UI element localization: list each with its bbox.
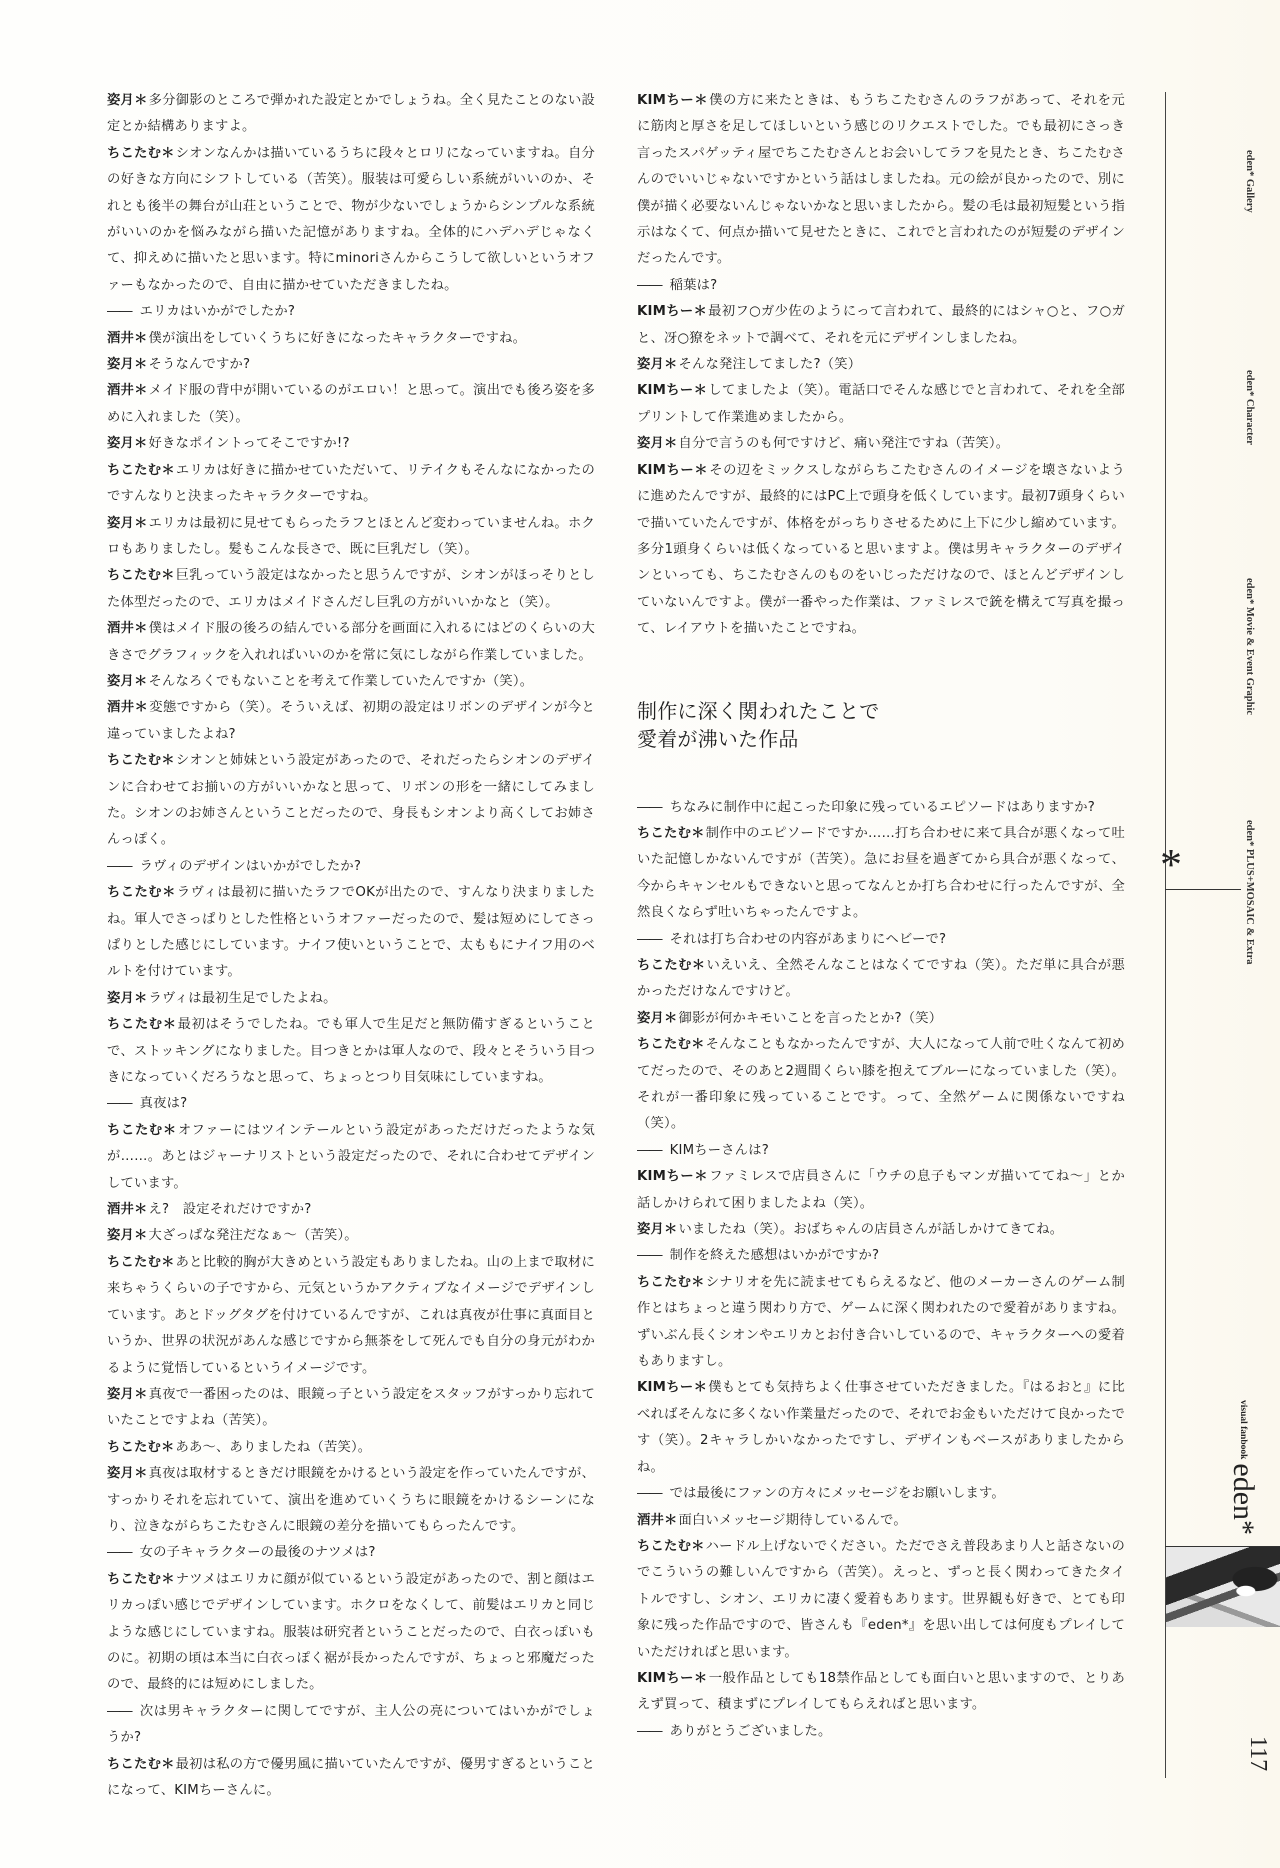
dialogue-text: 面白いメッセージ期待しているんで。 bbox=[679, 1513, 907, 1528]
interviewer-question: ――稲葉は? bbox=[637, 273, 1125, 299]
speaker-separator: ＊ bbox=[694, 1671, 708, 1686]
speaker-name: KIMちー bbox=[637, 304, 694, 319]
dialogue-text: いましたね（笑）。おばちゃんの店員さんが話しかけてきてね。 bbox=[679, 1222, 1064, 1237]
question-text: エリカはいかがでしたか? bbox=[140, 304, 296, 319]
section-heading-line1: 制作に深く関われたことで bbox=[637, 697, 1125, 725]
speaker-name: ちこたむ bbox=[107, 753, 161, 768]
dialogue-line: 姿月＊いましたね（笑）。おばちゃんの店員さんが話しかけてきてね。 bbox=[637, 1217, 1125, 1243]
speaker-separator: ＊ bbox=[664, 1011, 678, 1026]
side-index-item: eden* Character bbox=[1244, 370, 1255, 445]
speaker-name: ちこたむ bbox=[637, 1275, 691, 1290]
speaker-name: ちこたむ bbox=[107, 1017, 163, 1032]
dialogue-text: 僕もとても気持ちよく仕事させていただきました。『はるおと』に比べればそんなに多く… bbox=[637, 1380, 1125, 1474]
dialogue-text: そんな発注してました?（笑） bbox=[679, 357, 862, 372]
interviewer-question: ――次は男キャラクターに関してですが、主人公の亮についてはいかがでしょうか? bbox=[107, 1699, 595, 1752]
speaker-separator: ＊ bbox=[664, 436, 678, 451]
dialogue-line: 酒井＊メイド服の背中が開いているのがエロい！と思って。演出でも後ろ姿を多めに入れ… bbox=[107, 378, 595, 431]
speaker-separator: ＊ bbox=[161, 568, 175, 583]
speaker-separator: ＊ bbox=[162, 885, 176, 900]
interviewer-question: ――それは打ち合わせの内容があまりにヘビーで? bbox=[637, 927, 1125, 953]
speaker-name: ちこたむ bbox=[107, 1572, 161, 1587]
speaker-name: ちこたむ bbox=[637, 1037, 691, 1052]
interviewer-question: ――ちなみに制作中に起こった印象に残っているエピソードはありますか? bbox=[637, 795, 1125, 821]
speaker-separator: ＊ bbox=[664, 357, 678, 372]
speaker-name: 姿月 bbox=[107, 1228, 134, 1243]
dialogue-line: ちこたむ＊いえいえ、全然そんなことはなくてですね（笑）。ただ単に具合が悪かっただ… bbox=[637, 953, 1125, 1006]
dialogue-line: 姿月＊そうなんですか? bbox=[107, 352, 595, 378]
dialogue-text: そうなんですか? bbox=[149, 357, 251, 372]
dialogue-text: 一般作品としても18禁作品としても面白いと思いますので、とりあえず買って、積まず… bbox=[637, 1671, 1125, 1712]
dialogue-text: そんなろくでもないことを考えて作業していたんですか（笑）。 bbox=[149, 674, 534, 689]
speaker-separator: ＊ bbox=[694, 463, 708, 478]
question-text: では最後にファンの方々にメッセージをお願いします。 bbox=[670, 1486, 1005, 1501]
dialogue-text: いえいえ、全然そんなことはなくてですね（笑）。ただ単に具合が悪かっただけなんです… bbox=[637, 958, 1125, 999]
speaker-name: 酒井 bbox=[107, 331, 134, 346]
logo-subtitle: visual fanbook bbox=[1238, 1400, 1248, 1459]
dialogue-text: 多分御影のところで弾かれた設定とかでしょうね。全く見たことのない設定とか結構あり… bbox=[107, 93, 595, 134]
dialogue-line: 酒井＊面白いメッセージ期待しているんで。 bbox=[637, 1508, 1125, 1534]
speaker-separator: ＊ bbox=[161, 1572, 175, 1587]
question-dash: ―― bbox=[637, 1143, 662, 1158]
dialogue-text: ラヴィは最初に描いたラフでOKが出たので、すんなり決まりましたね。軍人でさっぱり… bbox=[107, 885, 595, 979]
dialogue-line: KIMちー＊一般作品としても18禁作品としても面白いと思いますので、とりあえず買… bbox=[637, 1666, 1125, 1719]
dialogue-text: 大ざっぱな発注だなぁ～（苦笑）。 bbox=[149, 1228, 358, 1243]
speaker-separator: ＊ bbox=[691, 1037, 705, 1052]
dialogue-line: 酒井＊僕はメイド服の後ろの結んでいる部分を画面に入れるにはどのくらいの大きさでグ… bbox=[107, 616, 595, 669]
dialogue-line: KIMちー＊僕もとても気持ちよく仕事させていただきました。『はるおと』に比べれば… bbox=[637, 1375, 1125, 1481]
speaker-separator: ＊ bbox=[134, 1466, 148, 1481]
asterisk-icon: * bbox=[1160, 843, 1182, 887]
dialogue-text: 最初は私の方で優男風に描いていたんですが、優男すぎるということになって、KIMち… bbox=[107, 1757, 595, 1798]
speaker-separator: ＊ bbox=[664, 1513, 678, 1528]
right-column: KIMちー＊僕の方に来たときは、もうちこたむさんのラフがあって、それを元に筋肉と… bbox=[637, 88, 1125, 1745]
dialogue-line: 姿月＊ラヴィは最初生足でしたよね。 bbox=[107, 986, 595, 1012]
question-text: 女の子キャラクターの最後のナツメは? bbox=[140, 1545, 376, 1560]
magazine-page: 姿月＊多分御影のところで弾かれた設定とかでしょうね。全く見たことのない設定とか結… bbox=[0, 0, 1280, 1868]
dialogue-line: ちこたむ＊オファーにはツインテールという設定があっただけだったような気が……。あ… bbox=[107, 1118, 595, 1197]
speaker-separator: ＊ bbox=[134, 93, 148, 108]
speaker-separator: ＊ bbox=[694, 304, 708, 319]
dialogue-line: ちこたむ＊ラヴィは最初に描いたラフでOKが出たので、すんなり決まりましたね。軍人… bbox=[107, 880, 595, 986]
speaker-separator: ＊ bbox=[134, 1228, 148, 1243]
dialogue-text: ああ～、ありましたね（苦笑）。 bbox=[176, 1440, 372, 1455]
speaker-name: 酒井 bbox=[107, 383, 134, 398]
interviewer-question: ――ラヴィのデザインはいかがでしたか? bbox=[107, 854, 595, 880]
speaker-name: ちこたむ bbox=[107, 1123, 163, 1138]
interviewer-question: ――女の子キャラクターの最後のナツメは? bbox=[107, 1540, 595, 1566]
side-index-item: eden* Movie & Event Graphic bbox=[1244, 578, 1255, 715]
speaker-separator: ＊ bbox=[691, 1275, 705, 1290]
speaker-name: 姿月 bbox=[107, 674, 134, 689]
speaker-separator: ＊ bbox=[134, 331, 148, 346]
speaker-name: 酒井 bbox=[637, 1513, 664, 1528]
speaker-name: KIMちー bbox=[637, 1671, 694, 1686]
right-column-part1: KIMちー＊僕の方に来たときは、もうちこたむさんのラフがあって、それを元に筋肉と… bbox=[637, 88, 1125, 643]
dialogue-line: 姿月＊御影が何かキモいことを言ったとか?（笑） bbox=[637, 1006, 1125, 1032]
dialogue-text: 真夜で一番困ったのは、眼鏡っ子という設定をスタッフがすっかり忘れていたことですよ… bbox=[107, 1387, 595, 1428]
question-dash: ―― bbox=[637, 1724, 662, 1739]
question-text: 制作を終えた感想はいかがですか? bbox=[670, 1248, 880, 1263]
speaker-name: 姿月 bbox=[107, 93, 134, 108]
speaker-separator: ＊ bbox=[694, 383, 708, 398]
right-column-part2: ――ちなみに制作中に起こった印象に残っているエピソードはありますか?ちこたむ＊制… bbox=[637, 795, 1125, 1746]
dialogue-text: その辺をミックスしながらちこたむさんのイメージを壊さないように進めたんですが、最… bbox=[637, 463, 1125, 636]
question-dash: ―― bbox=[637, 1248, 662, 1263]
speaker-separator: ＊ bbox=[134, 383, 148, 398]
dialogue-line: ちこたむ＊エリカは好きに描かせていただいて、リテイクもそんなになかったのですんな… bbox=[107, 458, 595, 511]
speaker-name: ちこたむ bbox=[107, 463, 161, 478]
speaker-name: 姿月 bbox=[107, 516, 134, 531]
speaker-name: 姿月 bbox=[107, 1387, 134, 1402]
dialogue-text: 巨乳っていう設定はなかったと思うんですが、シオンがほっそりとした体型だったので、… bbox=[107, 568, 595, 609]
dialogue-line: ちこたむ＊あと比較的胸が大きめという設定もありましたね。山の上まで取材に来ちゃう… bbox=[107, 1250, 595, 1382]
speaker-separator: ＊ bbox=[161, 1440, 175, 1455]
speaker-name: KIMちー bbox=[637, 1169, 694, 1184]
speaker-separator: ＊ bbox=[691, 826, 705, 841]
question-dash: ―― bbox=[107, 304, 132, 319]
dialogue-text: 最初フ○ガ少佐のようにって言われて、最終的にはシャ○と、フ○ガと、冴○獠をネット… bbox=[637, 304, 1125, 345]
character-illustration-thumbnail bbox=[1166, 1547, 1280, 1627]
dialogue-line: KIMちー＊ファミレスで店員さんに「ウチの息子もマンガ描いててね～」とか話しかけ… bbox=[637, 1164, 1125, 1217]
side-index-rule bbox=[1165, 92, 1166, 1778]
dialogue-text: 変態ですから（笑）。そういえば、初期の設定はリボンのデザインが今と違っていました… bbox=[107, 700, 595, 741]
speaker-separator: ＊ bbox=[134, 436, 148, 451]
dialogue-line: ちこたむ＊シオンと姉妹という設定があったので、それだったらシオンのデザインに合わ… bbox=[107, 748, 595, 854]
speaker-separator: ＊ bbox=[694, 93, 708, 108]
speaker-separator: ＊ bbox=[161, 146, 175, 161]
section-heading-line2: 愛着が沸いた作品 bbox=[637, 725, 1125, 753]
dialogue-line: 姿月＊真夜で一番困ったのは、眼鏡っ子という設定をスタッフがすっかり忘れていたこと… bbox=[107, 1382, 595, 1435]
dialogue-text: 最初はそうでしたね。でも軍人で生足だと無防備すぎるということで、ストッキングにな… bbox=[107, 1017, 595, 1085]
dialogue-line: 姿月＊そんなろくでもないことを考えて作業していたんですか（笑）。 bbox=[107, 669, 595, 695]
speaker-name: ちこたむ bbox=[107, 1440, 161, 1455]
speaker-name: 姿月 bbox=[637, 1011, 664, 1026]
dialogue-line: 姿月＊真夜は取材するときだけ眼鏡をかけるという設定を作っていたんですが、すっかり… bbox=[107, 1461, 595, 1540]
question-dash: ―― bbox=[637, 1486, 662, 1501]
interviewer-question: ――真夜は? bbox=[107, 1091, 595, 1117]
question-text: ちなみに制作中に起こった印象に残っているエピソードはありますか? bbox=[670, 800, 1095, 815]
question-text: それは打ち合わせの内容があまりにヘビーで? bbox=[670, 932, 947, 947]
dialogue-line: ちこたむ＊シオンなんかは描いているうちに段々とロリになっていますね。自分の好きな… bbox=[107, 141, 595, 299]
dialogue-line: 姿月＊エリカは最初に見せてもらったラフとほとんど変わっていませんね。ホクロもあり… bbox=[107, 511, 595, 564]
speaker-separator: ＊ bbox=[694, 1380, 708, 1395]
dialogue-text: 真夜は取材するときだけ眼鏡をかけるという設定を作っていたんですが、すっかりそれを… bbox=[107, 1466, 595, 1534]
speaker-separator: ＊ bbox=[134, 357, 148, 372]
speaker-name: 姿月 bbox=[637, 357, 664, 372]
dialogue-text: ナツメはエリカに顔が似ているという設定があったので、割と顔はエリカっぽい感じでデ… bbox=[107, 1572, 595, 1693]
speaker-name: ちこたむ bbox=[637, 826, 691, 841]
question-dash: ―― bbox=[107, 859, 132, 874]
interviewer-question: ――KIMちーさんは? bbox=[637, 1138, 1125, 1164]
speaker-separator: ＊ bbox=[163, 1123, 177, 1138]
speaker-separator: ＊ bbox=[691, 1539, 705, 1554]
dialogue-text: ファミレスで店員さんに「ウチの息子もマンガ描いててね～」とか話しかけられて困りま… bbox=[637, 1169, 1125, 1210]
dialogue-text: オファーにはツインテールという設定があっただけだったような気が……。あとはジャー… bbox=[107, 1123, 595, 1191]
question-dash: ―― bbox=[107, 1545, 132, 1560]
speaker-separator: ＊ bbox=[134, 621, 148, 636]
dialogue-line: 姿月＊多分御影のところで弾かれた設定とかでしょうね。全く見たことのない設定とか結… bbox=[107, 88, 595, 141]
dialogue-line: ちこたむ＊シナリオを先に読ませてもらえるなど、他のメーカーさんのゲーム制作とはち… bbox=[637, 1270, 1125, 1376]
dialogue-line: ちこたむ＊ハードル上げないでください。ただでさえ普段あまり人と話さないのでこうい… bbox=[637, 1534, 1125, 1666]
speaker-name: ちこたむ bbox=[107, 146, 161, 161]
interviewer-question: ――ありがとうございました。 bbox=[637, 1719, 1125, 1745]
speaker-separator: ＊ bbox=[134, 991, 148, 1006]
speaker-separator: ＊ bbox=[161, 1757, 175, 1772]
dialogue-line: ちこたむ＊最初はそうでしたね。でも軍人で生足だと無防備すぎるということで、ストッ… bbox=[107, 1012, 595, 1091]
question-dash: ―― bbox=[637, 278, 662, 293]
question-text: 稲葉は? bbox=[670, 278, 718, 293]
speaker-separator: ＊ bbox=[134, 516, 148, 531]
dialogue-line: 姿月＊そんな発注してました?（笑） bbox=[637, 352, 1125, 378]
speaker-separator: ＊ bbox=[135, 700, 149, 715]
dialogue-text: 制作中のエピソードですか……打ち合わせに来て具合が悪くなって吐いた記憶しかないん… bbox=[637, 826, 1125, 920]
dialogue-text: ハードル上げないでください。ただでさえ普段あまり人と話さないのでこういうの難しい… bbox=[637, 1539, 1125, 1660]
speaker-name: ちこたむ bbox=[637, 958, 692, 973]
speaker-separator: ＊ bbox=[134, 1387, 148, 1402]
dialogue-line: ちこたむ＊ナツメはエリカに顔が似ているという設定があったので、割と顔はエリカっぽ… bbox=[107, 1567, 595, 1699]
interviewer-question: ――では最後にファンの方々にメッセージをお願いします。 bbox=[637, 1481, 1125, 1507]
speaker-separator: ＊ bbox=[161, 753, 175, 768]
dialogue-text: あと比較的胸が大きめという設定もありましたね。山の上まで取材に来ちゃうくらいの子… bbox=[107, 1255, 595, 1376]
speaker-name: 酒井 bbox=[107, 621, 134, 636]
speaker-name: 姿月 bbox=[107, 991, 134, 1006]
side-index-item: eden* PLUS+MOSAIC & Extra bbox=[1244, 820, 1255, 965]
dialogue-text: ラヴィは最初生足でしたよね。 bbox=[149, 991, 337, 1006]
question-dash: ―― bbox=[107, 1096, 132, 1111]
speaker-name: 姿月 bbox=[107, 357, 134, 372]
speaker-separator: ＊ bbox=[134, 674, 148, 689]
speaker-name: 酒井 bbox=[107, 1202, 134, 1217]
question-text: ラヴィのデザインはいかがでしたか? bbox=[140, 859, 361, 874]
speaker-name: 姿月 bbox=[107, 1466, 134, 1481]
speaker-separator: ＊ bbox=[161, 463, 175, 478]
book-logo: visual fanbook eden* bbox=[1228, 1400, 1258, 1535]
dialogue-line: ちこたむ＊ああ～、ありましたね（苦笑）。 bbox=[107, 1435, 595, 1461]
dialogue-text: 御影が何かキモいことを言ったとか?（笑） bbox=[679, 1011, 943, 1026]
question-text: 真夜は? bbox=[140, 1096, 188, 1111]
dialogue-line: ちこたむ＊巨乳っていう設定はなかったと思うんですが、シオンがほっそりとした体型だ… bbox=[107, 563, 595, 616]
dialogue-text: そんなこともなかったんですが、大人になって人前で吐くなんて初めてだったので、その… bbox=[637, 1037, 1125, 1131]
dialogue-text: シオンなんかは描いているうちに段々とロリになっていますね。自分の好きな方向にシフ… bbox=[107, 146, 595, 293]
dialogue-text: シナリオを先に読ませてもらえるなど、他のメーカーさんのゲーム制作とはちょっと違う… bbox=[637, 1275, 1125, 1369]
dialogue-text: エリカは好きに描かせていただいて、リテイクもそんなになかったのですんなりと決まっ… bbox=[107, 463, 595, 504]
question-dash: ―― bbox=[637, 932, 662, 947]
dialogue-text: メイド服の背中が開いているのがエロい！と思って。演出でも後ろ姿を多めに入れました… bbox=[107, 383, 595, 424]
interviewer-question: ――エリカはいかがでしたか? bbox=[107, 299, 595, 325]
section-heading: 制作に深く関われたことで 愛着が沸いた作品 bbox=[637, 697, 1125, 753]
dialogue-line: 酒井＊え? 設定それだけですか? bbox=[107, 1197, 595, 1223]
question-text: KIMちーさんは? bbox=[670, 1143, 769, 1158]
dialogue-line: 姿月＊大ざっぱな発注だなぁ～（苦笑）。 bbox=[107, 1223, 595, 1249]
question-text: 次は男キャラクターに関してですが、主人公の亮についてはいかがでしょうか? bbox=[107, 1704, 595, 1745]
speaker-separator: ＊ bbox=[161, 1255, 175, 1270]
dialogue-line: ちこたむ＊そんなこともなかったんですが、大人になって人前で吐くなんて初めてだった… bbox=[637, 1032, 1125, 1138]
dialogue-line: KIMちー＊その辺をミックスしながらちこたむさんのイメージを壊さないように進めた… bbox=[637, 458, 1125, 643]
active-section-rule bbox=[1165, 889, 1241, 890]
dialogue-line: 酒井＊変態ですから（笑）。そういえば、初期の設定はリボンのデザインが今と違ってい… bbox=[107, 695, 595, 748]
dialogue-line: ちこたむ＊制作中のエピソードですか……打ち合わせに来て具合が悪くなって吐いた記憶… bbox=[637, 821, 1125, 927]
side-index-item: eden* Gallery bbox=[1244, 150, 1255, 213]
speaker-name: KIMちー bbox=[637, 383, 694, 398]
logo-title: eden* bbox=[1227, 1463, 1260, 1535]
speaker-name: ちこたむ bbox=[107, 1255, 161, 1270]
dialogue-text: してましたよ（笑）。電話口でそんな感じでと言われて、それを全部プリントして作業進… bbox=[637, 383, 1125, 424]
dialogue-line: KIMちー＊してましたよ（笑）。電話口でそんな感じでと言われて、それを全部プリン… bbox=[637, 378, 1125, 431]
page-number: 117 bbox=[1244, 1736, 1271, 1771]
speaker-name: 姿月 bbox=[107, 436, 134, 451]
dialogue-line: 姿月＊好きなポイントってそこですか!? bbox=[107, 431, 595, 457]
dialogue-text: 好きなポイントってそこですか!? bbox=[149, 436, 350, 451]
speaker-separator: ＊ bbox=[664, 1222, 678, 1237]
dialogue-text: 僕が演出をしていくうちに好きになったキャラクターですね。 bbox=[149, 331, 527, 346]
dialogue-text: 僕の方に来たときは、もうちこたむさんのラフがあって、それを元に筋肉と厚さを足して… bbox=[637, 93, 1125, 266]
speaker-name: KIMちー bbox=[637, 1380, 694, 1395]
speaker-separator: ＊ bbox=[694, 1169, 708, 1184]
speaker-name: ちこたむ bbox=[107, 1757, 161, 1772]
speaker-name: 酒井 bbox=[107, 700, 135, 715]
speaker-name: ちこたむ bbox=[107, 885, 162, 900]
speaker-separator: ＊ bbox=[692, 958, 706, 973]
speaker-name: ちこたむ bbox=[107, 568, 161, 583]
question-dash: ―― bbox=[637, 800, 662, 815]
dialogue-text: 僕はメイド服の後ろの結んでいる部分を画面に入れるにはどのくらいの大きさでグラフィ… bbox=[107, 621, 595, 662]
dialogue-line: KIMちー＊僕の方に来たときは、もうちこたむさんのラフがあって、それを元に筋肉と… bbox=[637, 88, 1125, 273]
speaker-separator: ＊ bbox=[134, 1202, 148, 1217]
dialogue-line: ちこたむ＊最初は私の方で優男風に描いていたんですが、優男すぎるということになって… bbox=[107, 1752, 595, 1805]
dialogue-text: え? 設定それだけですか? bbox=[149, 1202, 312, 1217]
dialogue-text: 自分で言うのも何ですけど、痛い発注ですね（苦笑）。 bbox=[679, 436, 1010, 451]
dialogue-line: 酒井＊僕が演出をしていくうちに好きになったキャラクターですね。 bbox=[107, 326, 595, 352]
question-text: ありがとうございました。 bbox=[670, 1724, 832, 1739]
dialogue-line: KIMちー＊最初フ○ガ少佐のようにって言われて、最終的にはシャ○と、フ○ガと、冴… bbox=[637, 299, 1125, 352]
left-column: 姿月＊多分御影のところで弾かれた設定とかでしょうね。全く見たことのない設定とか結… bbox=[107, 88, 595, 1804]
dialogue-line: 姿月＊自分で言うのも何ですけど、痛い発注ですね（苦笑）。 bbox=[637, 431, 1125, 457]
speaker-name: KIMちー bbox=[637, 93, 694, 108]
speaker-separator: ＊ bbox=[163, 1017, 177, 1032]
speaker-name: ちこたむ bbox=[637, 1539, 691, 1554]
question-dash: ―― bbox=[107, 1704, 132, 1719]
speaker-name: 姿月 bbox=[637, 436, 664, 451]
dialogue-text: エリカは最初に見せてもらったラフとほとんど変わっていませんね。ホクロもありました… bbox=[107, 516, 595, 557]
speaker-name: 姿月 bbox=[637, 1222, 664, 1237]
dialogue-text: シオンと姉妹という設定があったので、それだったらシオンのデザインに合わせてお揃い… bbox=[107, 753, 595, 847]
speaker-name: KIMちー bbox=[637, 463, 694, 478]
interviewer-question: ――制作を終えた感想はいかがですか? bbox=[637, 1243, 1125, 1269]
